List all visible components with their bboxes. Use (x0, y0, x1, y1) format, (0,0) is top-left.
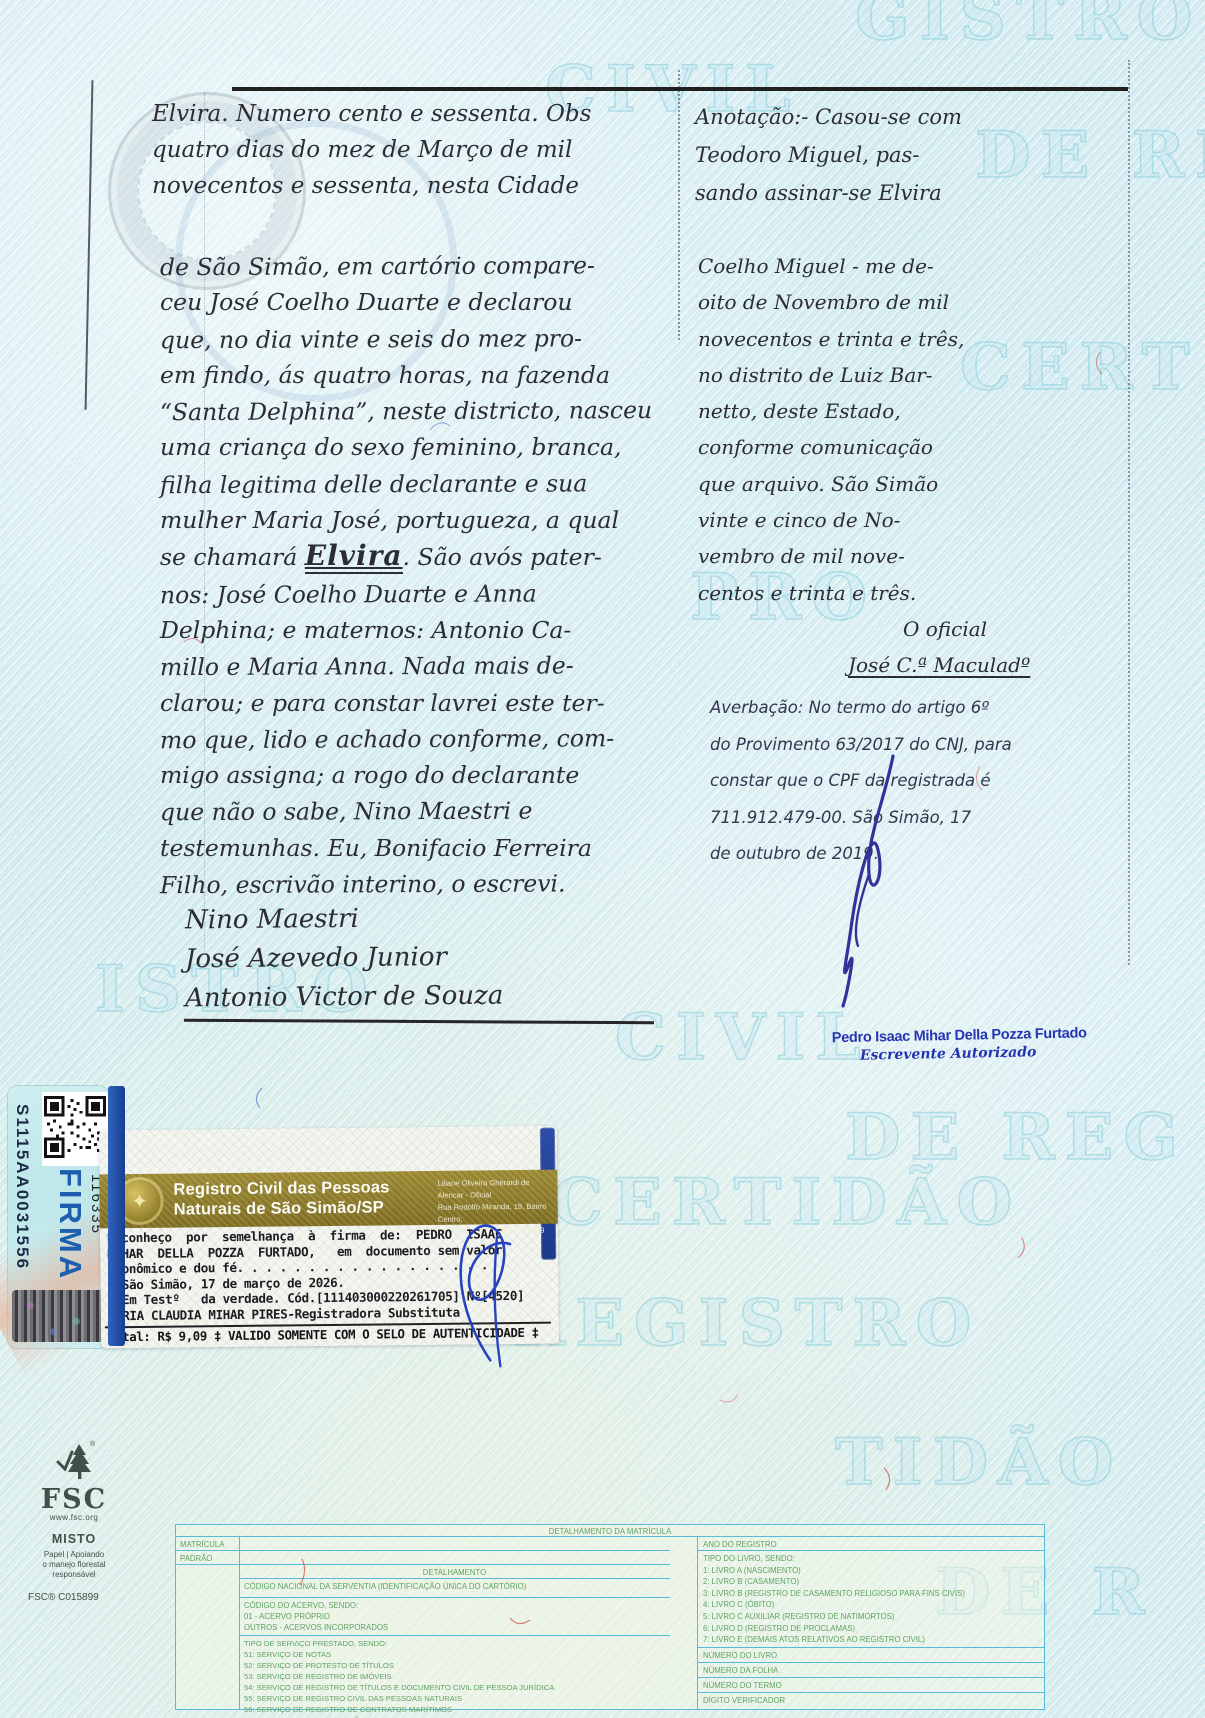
record-margin-notes: Coelho Miguel - me de-oito de Novembro d… (698, 248, 1128, 684)
averbacao-note: Averbação: No termo do artigo 6ºdo Provi… (710, 690, 1130, 873)
table-title: DETALHAMENTO DA MATRÍCULA (175, 1524, 1045, 1537)
handwritten-line: Teodoro Miguel, pas- (695, 136, 1045, 174)
handwritten-margin-line: no distrito de Luiz Bar- (698, 357, 1128, 393)
watermark-text: DE REG (845, 1100, 1188, 1175)
cell-matricula-value (239, 1537, 670, 1551)
handwritten-margin-line: conforme comunicação (698, 429, 1128, 465)
name-line-prefix: se chamará (160, 543, 305, 571)
fsc-brand-text: FSC (26, 1487, 122, 1513)
handwritten-line: Elvira. Numero cento e sessenta. Obs (152, 96, 692, 132)
registrand-name-line: se chamará Elvira. São avós pater- (160, 538, 705, 575)
handwritten-line: que não o sabe, Nino Maestri e (160, 792, 705, 831)
handwritten-line: mulher Maria José, portugueza, a qual (160, 502, 705, 538)
averbacao-line: do Provimento 63/2017 do CNJ, para (710, 727, 1130, 764)
fsc-grade-label: MISTO (26, 1532, 122, 1546)
registrand-name: Elvira (305, 539, 403, 574)
escrevente-name-stamp: Pedro Isaac Mihar Della Pozza Furtado Es… (832, 1026, 1065, 1064)
handwritten-line: quatro dias do mez de Março de mil (152, 132, 692, 168)
cell-detalhamento-header: DETALHAMENTO (239, 1565, 670, 1579)
signature-line: Antonio Victor de Souza (185, 977, 504, 1019)
witness-signatures: Nino MaestriJosé Azevedo JuniorAntonio V… (185, 900, 503, 1017)
cell-cns: CÓDIGO NACIONAL DA SERVENTIA (IDENTIFICA… (239, 1579, 670, 1598)
cell-acervo: CÓDIGO DO ACERVO, SENDO: 01 - ACERVO PRÓ… (239, 1598, 670, 1636)
cell-digito-verificador: DÍGITO VERIFICADOR (697, 1693, 1045, 1709)
handwritten-margin-line: que arquivo. São Simão (698, 466, 1128, 502)
cell-matricula-label: MATRÍCULA (175, 1537, 239, 1551)
handwritten-line: Anotação:- Casou-se com (695, 98, 1045, 136)
fsc-tree-logo-icon: ® (26, 1438, 122, 1487)
fsc-certification-block: ® FSC www.fsc.org MISTO Papel | Apoiando… (26, 1438, 122, 1603)
record-body-part-a: de São Simão, em cartório compare-ceu Jo… (160, 248, 705, 538)
cell-tipo-livro: TIPO DO LIVRO, SENDO: 1: LIVRO A (NASCIM… (697, 1551, 1045, 1648)
matricula-detail-table: DETALHAMENTO DA MATRÍCULA MATRÍCULA PADR… (175, 1524, 1045, 1710)
handwritten-line: de São Simão, em cartório compare- (160, 247, 705, 286)
top-annotation-main: Elvira. Numero cento e sessenta. Obsquat… (152, 96, 692, 204)
under-signatures-rule (184, 1019, 654, 1024)
handwritten-line: que, no dia vinte e seis do mez pro- (160, 319, 705, 358)
handwritten-margin-line: O oficial (903, 611, 1128, 647)
signature-line: José Azevedo Junior (185, 938, 504, 980)
name-line-suffix: . São avós pater- (403, 543, 602, 571)
fsc-description: Papel | Apoiando o manejo florestal resp… (26, 1550, 122, 1580)
handwritten-margin-line: netto, deste Estado, (698, 393, 1128, 429)
cell-padrao-value (239, 1551, 670, 1565)
averbacao-line: constar que o CPF da registrada é (710, 763, 1130, 800)
fsc-license-code: FSC® C015899 (26, 1592, 122, 1603)
handwritten-margin-line: novecentos e trinta e três, (698, 321, 1128, 357)
handwritten-line: clarou; e para constar lavrei este ter- (160, 685, 705, 721)
svg-text:®: ® (90, 1440, 96, 1448)
cell-numero-livro: NÚMERO DO LIVRO (697, 1648, 1045, 1663)
escrevente-name: Pedro Isaac Mihar Della Pozza Furtado (832, 1026, 1064, 1046)
escrevente-title: Escrevente Autorizado (832, 1044, 1064, 1064)
cell-numero-termo: NÚMERO DO TERMO (697, 1678, 1045, 1693)
handwritten-margin-line: Coelho Miguel - me de- (698, 248, 1128, 284)
averbacao-line: Averbação: No termo do artigo 6º (710, 690, 1130, 727)
hologram-strip (12, 1290, 104, 1342)
watermark-text: CERTIDÃO (552, 1165, 1022, 1240)
watermark-text: TIDÃO (835, 1425, 1123, 1500)
cell-tipo-servico: TIPO DE SERVIÇO PRESTADO, SENDO: 51: SER… (239, 1636, 670, 1709)
cell-ano-registro: ANO DO REGISTRO (697, 1537, 1045, 1551)
handwritten-margin-line: centos e trinta e três. (698, 575, 1128, 611)
cell-padrao-label: PADRÃO (175, 1551, 239, 1565)
handwritten-line: filha legitima delle declarante e sua (160, 465, 705, 504)
handwritten-line: novecentos e sessenta, nesta Cidade (152, 168, 692, 204)
handwritten-line: ceu José Coelho Duarte e declarou (160, 284, 705, 320)
handwritten-margin-line: oito de Novembro de mil (698, 284, 1128, 320)
notary-recognition-label: ✦ Registro Civil das Pessoas Naturais de… (99, 1126, 559, 1349)
handwritten-line: em findo, ás quatro horas, na fazenda (160, 357, 705, 393)
handwritten-line: Delphina; e maternos: Antonio Ca- (160, 612, 705, 648)
handwritten-line: uma criança do sexo feminino, branca, (160, 429, 705, 465)
handwritten-line: “Santa Delphina”, neste districto, nasce… (160, 392, 705, 431)
record-body-text: de São Simão, em cartório compare-ceu Jo… (160, 248, 705, 902)
averbacao-line: 711.912.479-00. São Simão, 17 (710, 800, 1130, 837)
handwritten-line: Filho, escrivão interino, o escrevi. (160, 865, 705, 904)
seal-firma-label: FIRMA 1 (52, 1168, 88, 1383)
top-horizontal-rule (232, 87, 1128, 91)
handwritten-line: testemunhas. Eu, Bonifacio Ferreira (160, 830, 705, 866)
handwritten-margin-line: vinte e cinco de No- (698, 502, 1128, 538)
watermark-text: REGISTRO (512, 1286, 981, 1361)
averbacao-line: de outubro de 2019. (710, 836, 1130, 873)
authenticity-seal-strip: S1115AA0031556 FIRMA 1 116335 (8, 1086, 108, 1348)
scanned-certificate-page: GISTRO DE RE CERT CIVIL PRO ISTRO CIVIL … (0, 0, 1205, 1718)
top-annotation-margin: Anotação:- Casou-se comTeodoro Miguel, p… (695, 98, 1045, 212)
handwritten-line: sando assinar-se Elvira (695, 174, 1045, 212)
cell-numero-folha: NÚMERO DA FOLHA (697, 1663, 1045, 1678)
blue-scribble-signature (99, 1126, 560, 1381)
watermark-text: GISTRO (855, 0, 1202, 55)
record-body-part-b: nos: José Coelho Duarte e AnnaDelphina; … (160, 576, 705, 903)
handwritten-margin-line: vembro de mil nove- (698, 538, 1128, 574)
handwritten-margin-line: José C.ª Maculadº (848, 647, 1128, 683)
handwritten-line: migo assigna; a rogo do declarante (160, 757, 705, 793)
seal-blue-bar (108, 1086, 125, 1346)
signature-line: Nino Maestri (185, 899, 504, 941)
handwritten-line: mo que, lido e achado conforme, com- (160, 720, 705, 759)
handwritten-line: nos: José Coelho Duarte e Anna (160, 574, 705, 613)
book-page-edge-line (85, 80, 94, 410)
handwritten-line: millo e Maria Anna. Nada mais de- (160, 647, 705, 686)
